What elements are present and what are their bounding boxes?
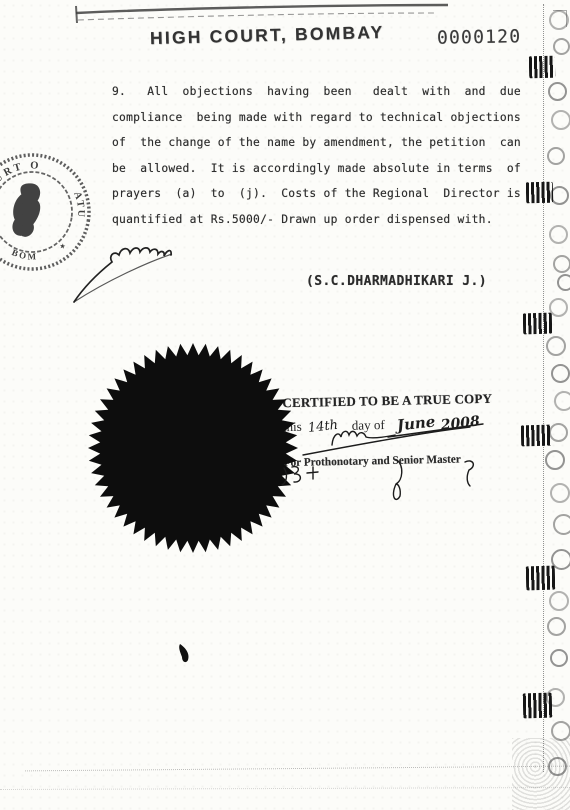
notary-seal-star xyxy=(88,343,298,553)
binding-blotch-mark xyxy=(521,425,553,447)
notary-seal xyxy=(78,333,308,563)
stamp-center-emblem xyxy=(10,181,44,238)
binding-ring-mark xyxy=(546,336,566,356)
order-paragraph-line: be allowed. It is accordingly made absol… xyxy=(112,162,522,188)
binding-ring-mark xyxy=(549,298,568,317)
binding-ring-mark xyxy=(550,483,570,503)
order-paragraph-line: prayers (a) to (j). Costs of the Regiona… xyxy=(112,187,522,213)
binding-ring-mark xyxy=(553,255,570,273)
binding-ring-mark xyxy=(549,225,568,244)
svg-text:BOM: BOM xyxy=(10,247,40,263)
binding-ring-mark xyxy=(553,38,570,55)
binding-edge-dotted-line xyxy=(543,4,544,772)
binding-ring-mark xyxy=(548,757,567,776)
order-paragraph-line: of the change of the name by amendment, … xyxy=(112,136,522,162)
ink-smudge-mark xyxy=(172,640,202,670)
order-paragraph-line: 9. All objections having been dealt with… xyxy=(112,85,522,111)
binding-ring-mark xyxy=(550,649,568,667)
binding-ring-mark xyxy=(548,82,567,101)
stamp-star-right-icon: ★ xyxy=(59,240,67,252)
binding-blotch-mark xyxy=(526,182,554,204)
binding-ring-mark xyxy=(549,591,569,611)
folio-number-stamp: 0000120 xyxy=(437,26,522,48)
binding-blotch-mark xyxy=(523,313,553,335)
binding-ring-mark xyxy=(551,721,570,741)
binding-ring-mark xyxy=(553,514,570,535)
binding-ring-mark xyxy=(551,110,570,130)
order-paragraph: 9. All objections having been dealt with… xyxy=(112,85,522,238)
binding-ring-mark xyxy=(554,391,570,411)
scanned-court-order-page: HIGH COURT, BOMBAY 0000120 9. All object… xyxy=(0,0,570,810)
binding-blotch-mark xyxy=(529,56,556,79)
binding-ring-mark xyxy=(549,10,569,30)
judge-name: (S.C.DHARMADHIKARI J.) xyxy=(306,274,487,289)
binding-blotch-mark xyxy=(523,693,553,719)
binding-ring-mark xyxy=(547,617,566,636)
binding-blotch-mark xyxy=(526,566,556,591)
scan-artifact-line xyxy=(0,787,570,790)
scan-artifact-line xyxy=(25,766,570,772)
binding-ring-mark xyxy=(545,450,565,470)
order-paragraph-line: compliance being made with regard to tec… xyxy=(112,111,522,137)
stamp-arc-text-bottom: BOM xyxy=(10,247,40,263)
court-round-stamp: OURT O ATU BOM ★ ★ xyxy=(0,137,107,286)
binding-ring-mark xyxy=(547,147,565,165)
binding-ring-mark xyxy=(557,274,570,291)
prothonotary-signature xyxy=(275,390,490,515)
binding-ring-mark xyxy=(551,364,570,383)
